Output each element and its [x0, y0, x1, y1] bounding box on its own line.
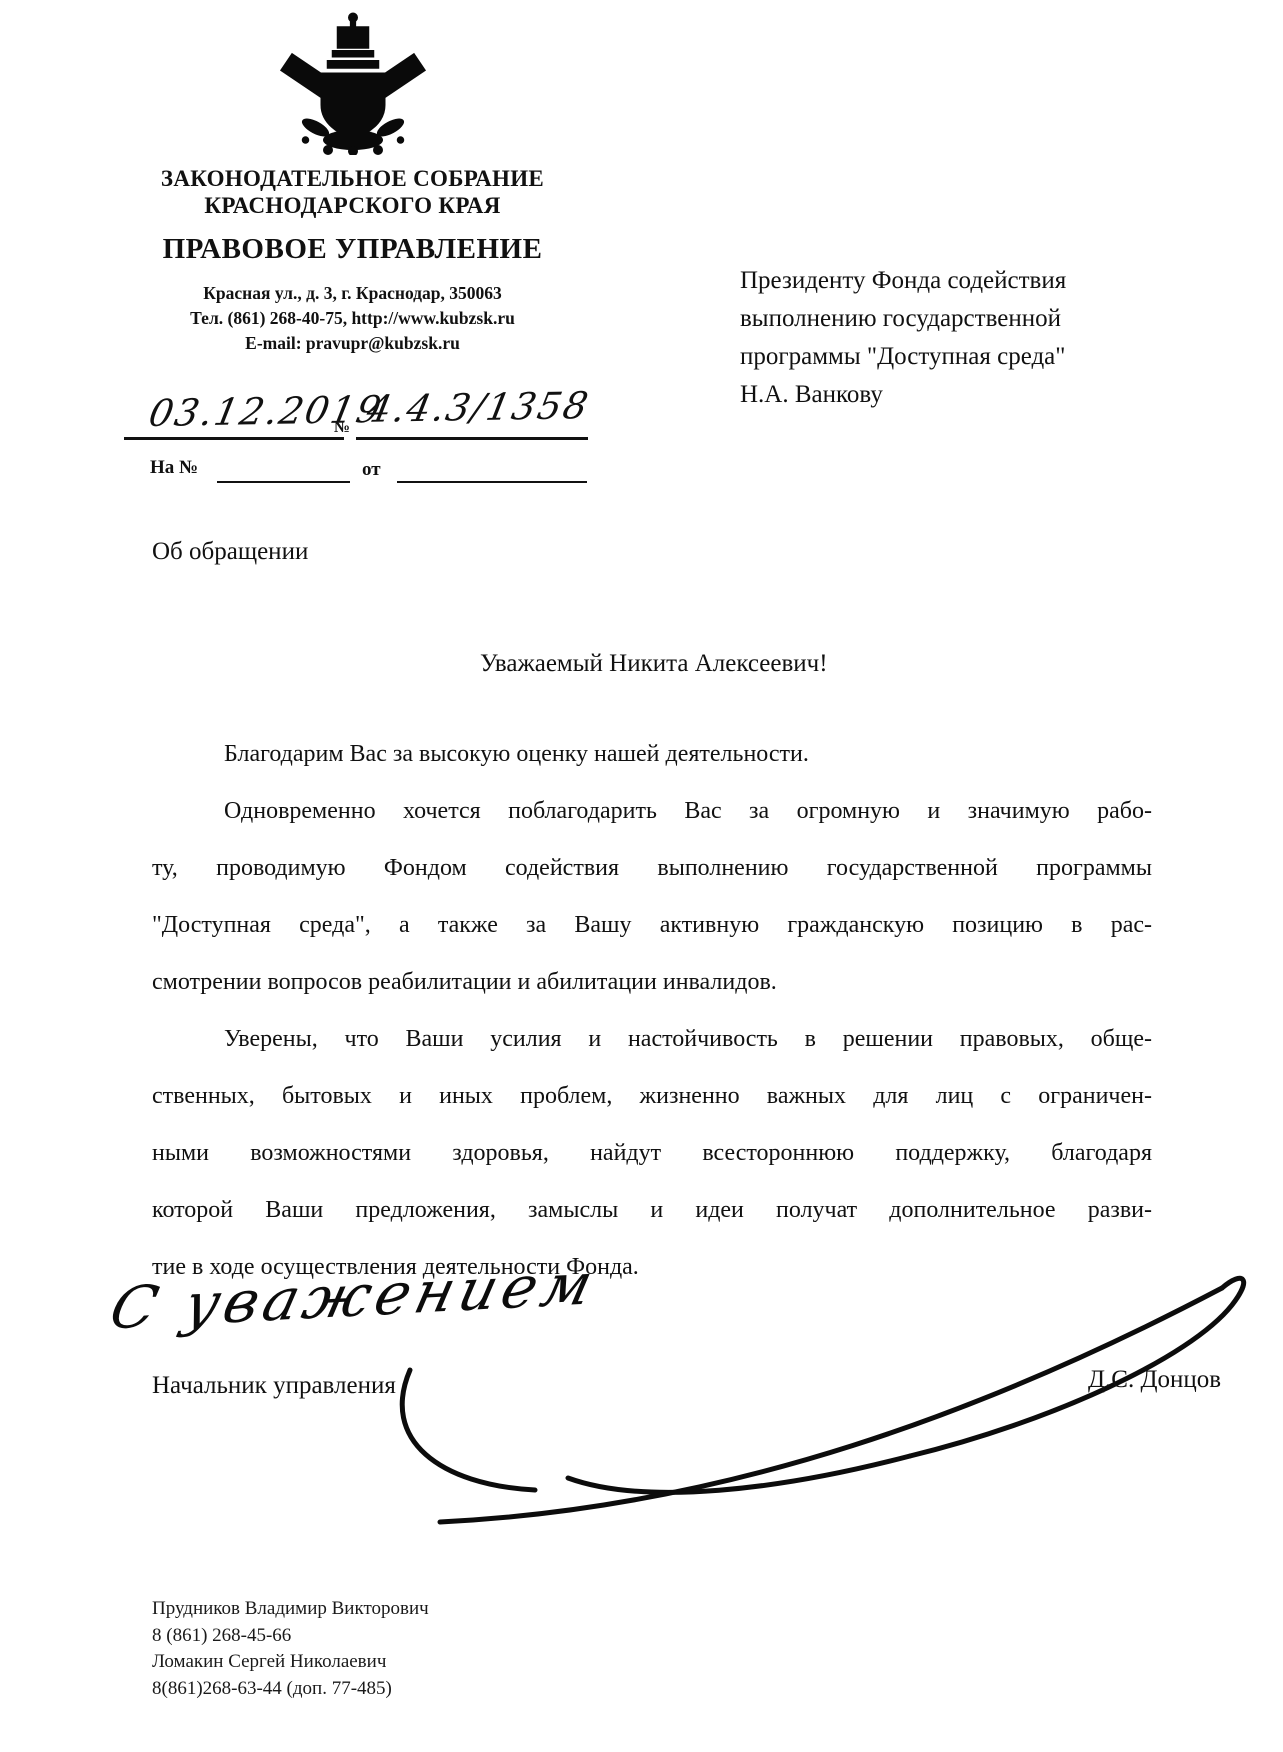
recipient-line: Президенту Фонда содействия	[740, 262, 1190, 300]
coat-of-arms-icon	[278, 10, 428, 155]
body-line: которой Ваши предложения, замыслы и идеи…	[152, 1182, 1152, 1239]
reply-date-blank	[397, 481, 587, 483]
letter-body: Благодарим Вас за высокую оценку нашей д…	[152, 726, 1152, 1296]
contact-line: Ломакин Сергей Николаевич	[152, 1649, 429, 1676]
signature-flourish-icon	[350, 1250, 1270, 1550]
number-sign-label: №	[334, 419, 350, 437]
recipient-line: программы "Доступная среда"	[740, 338, 1190, 376]
letterhead: ЗАКОНОДАТЕЛЬНОЕ СОБРАНИЕ КРАСНОДАРСКОГО …	[130, 10, 575, 356]
body-line: Одновременно хочется поблагодарить Вас з…	[152, 783, 1152, 840]
body-line: Уверены, что Ваши усилия и настойчивость…	[152, 1011, 1152, 1068]
recipient-block: Президенту Фонда содействиявыполнению го…	[740, 262, 1190, 414]
number-underline	[356, 437, 588, 440]
letterhead-email: E-mail: pravupr@kubzsk.ru	[130, 331, 575, 356]
body-line: смотрении вопросов реабилитации и абилит…	[152, 954, 1152, 1011]
recipient-line: выполнению государственной	[740, 300, 1190, 338]
signer-position: Начальник управления	[152, 1372, 396, 1400]
body-line: ственных, бытовых и иных проблем, жизнен…	[152, 1068, 1152, 1125]
letterhead-contacts: Красная ул., д. 3, г. Краснодар, 350063 …	[130, 281, 575, 356]
body-line: ту, проводимую Фондом содействия выполне…	[152, 840, 1152, 897]
executor-contacts: Прудников Владимир Викторович8 (861) 268…	[152, 1596, 429, 1702]
contact-line: 8(861)268-63-44 (доп. 77-485)	[152, 1676, 429, 1703]
signer-name: Д.С. Донцов	[1088, 1366, 1221, 1394]
handwritten-outgoing-date: 03.12.2019	[145, 388, 386, 435]
salutation: Уважаемый Никита Алексеевич!	[480, 650, 828, 678]
scanned-letter-page: ЗАКОНОДАТЕЛЬНОЕ СОБРАНИЕ КРАСНОДАРСКОГО …	[0, 0, 1283, 1752]
recipient-line: Н.А. Ванкову	[740, 376, 1190, 414]
organization-name-line2: КРАСНОДАРСКОГО КРАЯ	[130, 192, 575, 219]
reply-from-label: от	[362, 459, 381, 481]
body-line: Благодарим Вас за высокую оценку нашей д…	[152, 726, 1152, 783]
subject-line: Об обращении	[152, 538, 308, 566]
letterhead-phone-site: Тел. (861) 268-40-75, http://www.kubzsk.…	[130, 306, 575, 331]
body-line: ными возможностями здоровья, найдут всес…	[152, 1125, 1152, 1182]
reply-to-label: На №	[150, 457, 198, 479]
handwritten-outgoing-number: 4.4.3/1358	[363, 384, 593, 431]
contact-line: 8 (861) 268-45-66	[152, 1623, 429, 1650]
contact-line: Прудников Владимир Викторович	[152, 1596, 429, 1623]
body-line: "Доступная среда", а также за Вашу актив…	[152, 897, 1152, 954]
organization-name-line1: ЗАКОНОДАТЕЛЬНОЕ СОБРАНИЕ	[130, 165, 575, 192]
department-name: ПРАВОВОЕ УПРАВЛЕНИЕ	[130, 233, 575, 265]
date-underline	[124, 437, 344, 440]
letterhead-address: Красная ул., д. 3, г. Краснодар, 350063	[130, 281, 575, 306]
reply-number-blank	[217, 481, 350, 483]
